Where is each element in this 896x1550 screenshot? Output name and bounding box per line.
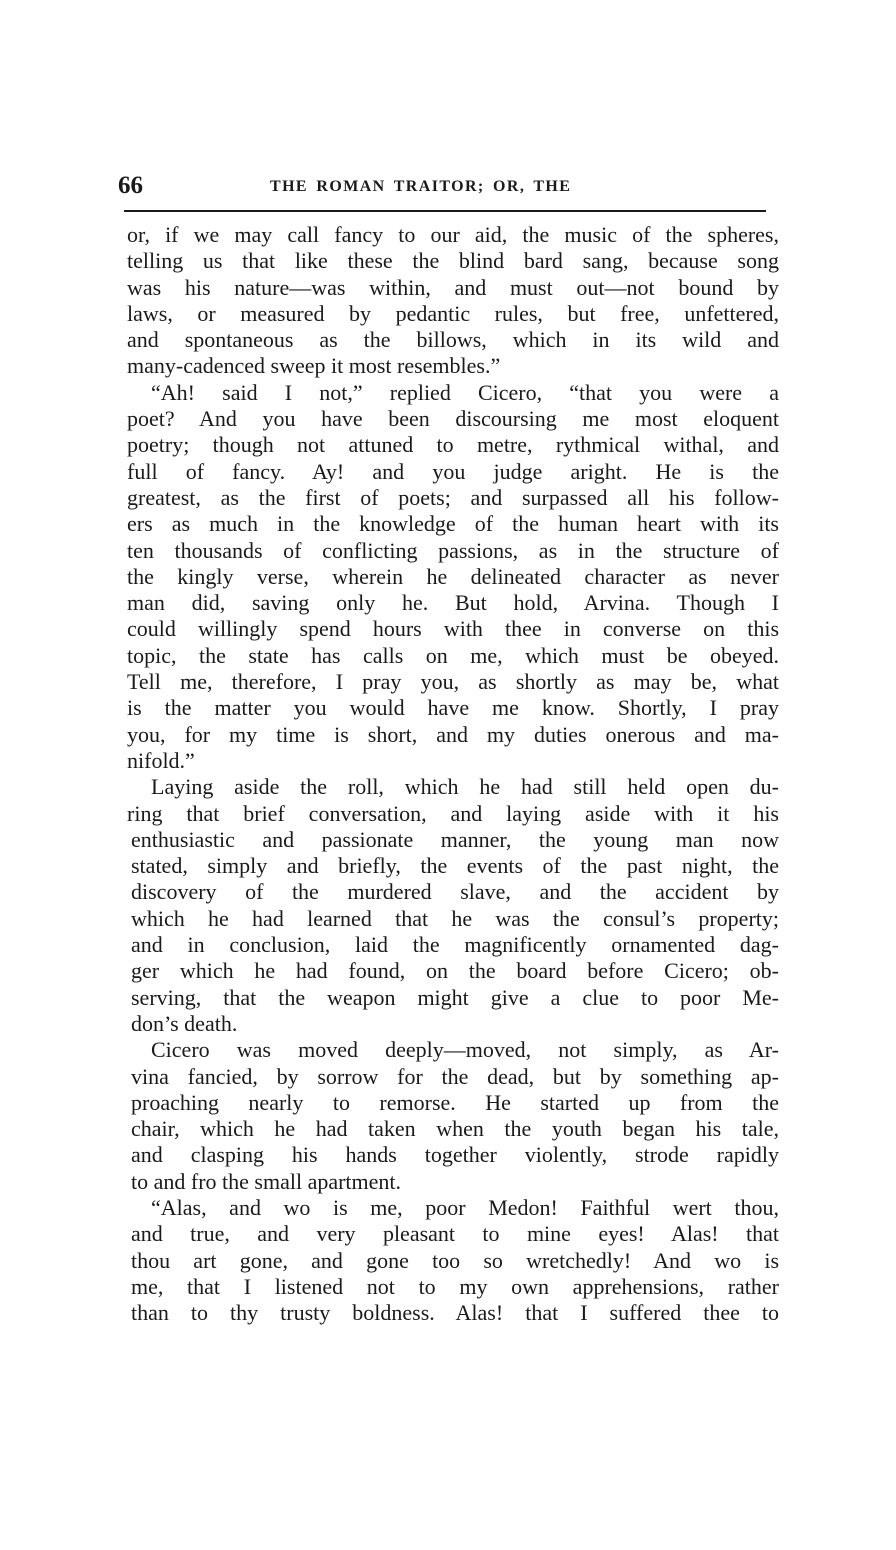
text-line: stated, simply and briefly, the events o… bbox=[127, 853, 779, 879]
text-line: poet? And you have been discoursing me m… bbox=[127, 406, 779, 432]
text-line: me, that I listened not to my own appreh… bbox=[127, 1274, 779, 1300]
text-line: poetry; though not attuned to metre, ryt… bbox=[127, 432, 779, 458]
text-line: was his nature—was within, and must out—… bbox=[127, 275, 779, 301]
paragraph: “Alas, and wo is me, poor Medon! Faithfu… bbox=[127, 1195, 779, 1326]
text-line: than to thy trusty boldness. Alas! that … bbox=[127, 1300, 779, 1326]
text-line: ers as much in the knowledge of the huma… bbox=[127, 511, 779, 537]
text-line: which he had learned that he was the con… bbox=[127, 906, 779, 932]
text-line: or, if we may call fancy to our aid, the… bbox=[127, 222, 779, 248]
page-number: 66 bbox=[118, 172, 143, 200]
text-line: man did, saving only he. But hold, Arvin… bbox=[127, 590, 779, 616]
text-line: and true, and very pleasant to mine eyes… bbox=[127, 1221, 779, 1247]
text-line: could willingly spend hours with thee in… bbox=[127, 616, 779, 642]
text-line: telling us that like these the blind bar… bbox=[127, 248, 779, 274]
text-line: full of fancy. Ay! and you judge aright.… bbox=[127, 459, 779, 485]
paragraph: “Ah! said I not,” replied Cicero, “that … bbox=[127, 380, 779, 774]
text-line: laws, or measured by pedantic rules, but… bbox=[127, 301, 779, 327]
text-line: ring that brief conversation, and laying… bbox=[127, 801, 779, 827]
paragraph: Laying aside the roll, which he had stil… bbox=[127, 774, 779, 1037]
text-line: the kingly verse, wherein he delineated … bbox=[127, 564, 779, 590]
text-line: Cicero was moved deeply—moved, not simpl… bbox=[127, 1037, 779, 1063]
body-text: or, if we may call fancy to our aid, the… bbox=[127, 222, 779, 1326]
text-line: “Ah! said I not,” replied Cicero, “that … bbox=[127, 380, 779, 406]
text-line: and clasping his hands together violentl… bbox=[127, 1142, 779, 1168]
text-line: and in conclusion, laid the magnificentl… bbox=[127, 932, 779, 958]
text-line: and spontaneous as the billows, which in… bbox=[127, 327, 779, 353]
running-head: 66 THE ROMAN TRAITOR; OR, THE bbox=[118, 172, 768, 202]
text-line: don’s death. bbox=[127, 1011, 779, 1037]
text-line: topic, the state has calls on me, which … bbox=[127, 643, 779, 669]
text-line: to and fro the small apartment. bbox=[127, 1169, 779, 1195]
paragraph: or, if we may call fancy to our aid, the… bbox=[127, 222, 779, 380]
text-line: greatest, as the first of poets; and sur… bbox=[127, 485, 779, 511]
text-line: ten thousands of conflicting passions, a… bbox=[127, 538, 779, 564]
text-line: is the matter you would have me know. Sh… bbox=[127, 695, 779, 721]
text-line: many-cadenced sweep it most resembles.” bbox=[127, 353, 779, 379]
text-line: nifold.” bbox=[127, 748, 779, 774]
text-line: Laying aside the roll, which he had stil… bbox=[127, 774, 779, 800]
text-line: enthusiastic and passionate manner, the … bbox=[127, 827, 779, 853]
book-page: 66 THE ROMAN TRAITOR; OR, THE or, if we … bbox=[0, 0, 896, 1550]
text-line: vina fancied, by sorrow for the dead, bu… bbox=[127, 1064, 779, 1090]
text-line: Tell me, therefore, I pray you, as short… bbox=[127, 669, 779, 695]
header-rule bbox=[124, 210, 766, 212]
text-line: chair, which he had taken when the youth… bbox=[127, 1116, 779, 1142]
paragraph: Cicero was moved deeply—moved, not simpl… bbox=[127, 1037, 779, 1195]
running-title: THE ROMAN TRAITOR; OR, THE bbox=[270, 178, 571, 196]
text-line: serving, that the weapon might give a cl… bbox=[127, 985, 779, 1011]
text-line: “Alas, and wo is me, poor Medon! Faithfu… bbox=[127, 1195, 779, 1221]
text-line: you, for my time is short, and my duties… bbox=[127, 722, 779, 748]
text-line: proaching nearly to remorse. He started … bbox=[127, 1090, 779, 1116]
text-line: ger which he had found, on the board bef… bbox=[127, 958, 779, 984]
text-line: discovery of the murdered slave, and the… bbox=[127, 879, 779, 905]
text-line: thou art gone, and gone too so wretchedl… bbox=[127, 1248, 779, 1274]
